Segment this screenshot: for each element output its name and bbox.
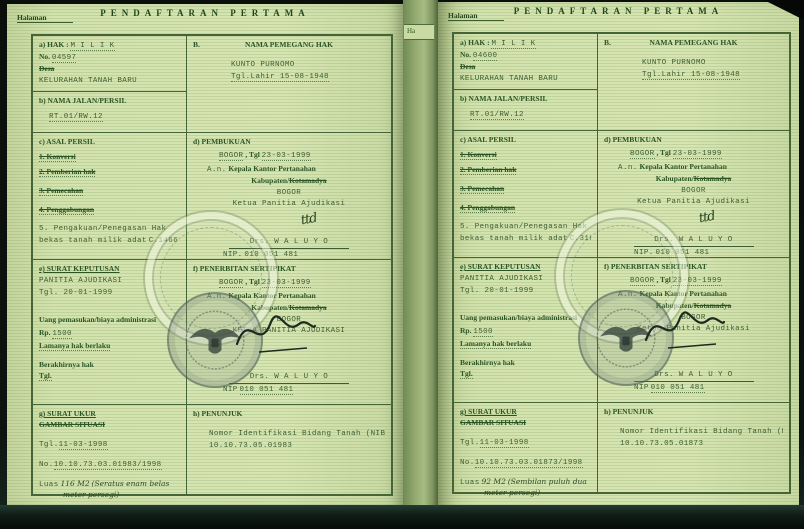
sk-tgl: Tgl. 20-01-1999 [460, 287, 534, 295]
photo-of-land-certificate-book: Ha Halaman PENDAFTARAN PERTAMA a) HAK : … [0, 0, 804, 529]
rp-label: Rp. [39, 328, 50, 337]
ketua-panitia: Ketua Panitia Ajudikasi [637, 198, 750, 206]
surat-keputusan-cell: e) SURAT KEPUTUSAN PANITIA AJUDIKASI Tgl… [454, 258, 597, 403]
penerbitan-nip: 010 051 481 [651, 384, 705, 393]
sk-panitia: PANITIA AJUDIKASI [39, 277, 122, 285]
penunjuk-label: h) PENUNJUK [604, 407, 653, 416]
gambar-situasi-struck: GAMBAR SITUASI [39, 420, 105, 429]
penerbitan-cell: f) PENERBITAN SERTIPIKAT BOGOR , Tgl 23-… [598, 258, 789, 403]
luas-label: Luas [460, 479, 480, 487]
luas-note-line1: (Seratus enam belas [92, 479, 170, 488]
penerbitan-nama: Drs. W A L U Y O [634, 370, 754, 382]
penerbitan-kodya-struck: Kotamadya [289, 303, 327, 312]
registration-form-table: a) HAK : M I L I K No. 04597 Desa KELURA… [31, 34, 393, 496]
su-no: 10.10.73.03.01873/1998 [475, 459, 583, 468]
sk-panitia: PANITIA AJUDIKASI [460, 275, 543, 283]
pembukuan-label: d) PEMBUKUAN [193, 137, 251, 146]
form-right-column: B. NAMA PEMEGANG HAK KUNTO PURNOMO Tgl.L… [187, 36, 391, 494]
penerbitan-an: A.n. [207, 293, 227, 301]
luas-note-line1: (Sembilan puluh dua [508, 477, 587, 486]
hak-no-label: No. [39, 52, 50, 61]
asal-item-2: 2. Pemberian hak [460, 165, 516, 175]
nib-value: 10.10.73.05.01983 [209, 442, 292, 450]
jalan-value: RT.01/RW.12 [49, 113, 103, 122]
partial-halaman-label: Ha [407, 27, 415, 35]
kepala-kantor-line: Kepala Kantor Pertanahan [228, 164, 315, 173]
asal-persil-cell: c) ASAL PERSIL 1. Konversi 2. Pemberian … [33, 133, 186, 260]
asal-item-5-line1: 5. Pengakuan/Penegasan Hak [39, 225, 166, 233]
form-right-column: B. NAMA PEMEGANG HAK KUNTO PURNOMO Tgl.L… [598, 34, 789, 492]
penerbitan-nip: 010 051 481 [240, 386, 294, 395]
nama-jalan-cell: b) NAMA JALAN/PERSIL RT.01/RW.12 [33, 92, 186, 133]
pemegang-header: NAMA PEMEGANG HAK [245, 40, 333, 49]
pembukuan-label: d) PEMBUKUAN [604, 135, 662, 144]
sk-tgl: Tgl. 20-01-1999 [39, 289, 113, 297]
nip-label: NIP. [634, 249, 654, 257]
berakhir-tgl-label: Tgl. [39, 371, 52, 381]
pemegang-birth: Tgl.Lahir 15-08-1948 [642, 71, 740, 80]
page-header: Halaman PENDAFTARAN PERTAMA [7, 4, 403, 32]
rp-value: 1500 [473, 328, 493, 337]
penunjuk-cell: h) PENUNJUK Nomor Identifikasi Bidang Ta… [598, 403, 789, 492]
section-b-label: B. [604, 38, 611, 49]
ttd-handwriting: ttd [698, 208, 717, 229]
su-no: 10.10.73.03.01983/1998 [54, 461, 162, 470]
penerbitan-tgl: 23-03-1999 [262, 279, 311, 288]
nib-caption: Nomor Identifikasi Bidang Tanah (NIB) : [209, 430, 385, 438]
registration-form-table: a) HAK : M I L I K No. 04600 Desa KELURA… [452, 32, 791, 494]
penerbitan-kab: Kabupaten/ [656, 301, 694, 310]
jalan-value: RT.01/RW.12 [470, 111, 524, 120]
penunjuk-cell: h) PENUNJUK Nomor Identifikasi Bidang Ta… [187, 405, 391, 494]
surat-ukur-cell: g) SURAT UKUR GAMBAR SITUASI Tgl.11-03-1… [454, 403, 597, 492]
uang-label: Uang pemasukan/biaya administrasi [460, 313, 577, 322]
rp-label: Rp. [460, 326, 471, 335]
pemegang-hak-cell: B. NAMA PEMEGANG HAK KUNTO PURNOMO Tgl.L… [187, 36, 391, 133]
su-tgl: 11-03-1998 [480, 439, 529, 448]
pembukuan-city: BOGOR [630, 150, 655, 159]
penerbitan-kepala: Kepala Kantor Pertanahan [228, 291, 315, 300]
asal-item-4: 4. Penggabungan [39, 205, 94, 215]
su-no-label: No. [460, 459, 475, 467]
pembukuan-tgl: 23-03-1999 [262, 152, 311, 161]
su-no-label: No. [39, 461, 54, 469]
penerbitan-label: f) PENERBITAN SERTIPIKAT [193, 264, 296, 273]
luas-value-handwritten: 92 M2 [481, 477, 505, 486]
su-label: g) SURAT UKUR [460, 407, 517, 416]
luas-label: Luas [39, 481, 59, 489]
desa-label-struck: Desa [39, 64, 54, 73]
photo-backdrop-bottom [0, 505, 804, 529]
desa-label-struck: Desa [460, 62, 475, 71]
kabupaten-label: Kabupaten/ [656, 174, 694, 183]
penerbitan-nip-label: NIP [634, 384, 649, 392]
penerbitan-city: BOGOR [630, 277, 655, 286]
an-label: A.n. [618, 164, 638, 172]
penerbitan-kepala: Kepala Kantor Pertanahan [640, 289, 727, 298]
rp-value: 1500 [52, 330, 72, 339]
pembukuan-city: BOGOR [219, 152, 244, 161]
pembukuan-tgl: 23-03-1999 [673, 150, 722, 159]
berakhir-label: Berakhirnya hak [39, 360, 94, 369]
jalan-label: b) NAMA JALAN/PERSIL [460, 94, 548, 103]
penerbitan-label: f) PENERBITAN SERTIPIKAT [604, 262, 707, 271]
penerbitan-tgl: 23-03-1999 [673, 277, 722, 286]
hak-no-label: No. [460, 50, 471, 59]
sk-label: e) SURAT KEPUTUSAN [39, 264, 120, 273]
asal-item-5-line2: bekas tanah milik adat [39, 237, 147, 245]
asal-label: c) ASAL PERSIL [39, 137, 95, 146]
penerbitan-ketua: Ketua Panitia Ajudikasi [637, 325, 750, 333]
sk-label: e) SURAT KEPUTUSAN [460, 262, 541, 271]
asal-item-3: 3. Pemecahan [460, 184, 504, 194]
nib-value: 10.10.73.05.01873 [620, 440, 703, 448]
penerbitan-cell: f) PENERBITAN SERTIPIKAT BOGOR , Tgl 23-… [187, 260, 391, 405]
penunjuk-label: h) PENUNJUK [193, 409, 242, 418]
nip-label: NIP. [223, 251, 243, 259]
asal-persil-cell: c) ASAL PERSIL 1. Konversi 2. Pemberian … [454, 131, 597, 258]
certificate-page-left: Halaman PENDAFTARAN PERTAMA a) HAK : M I… [7, 4, 403, 505]
asal-item-3: 3. Pemecahan [39, 186, 83, 196]
asal-item-1: 1. Konversi [39, 152, 76, 162]
penerbitan-kodya-struck: Kotamadya [694, 301, 732, 310]
ttd-handwriting: ttd [300, 210, 319, 231]
kepala-kantor-line: Kepala Kantor Pertanahan [640, 162, 727, 171]
su-tgl: 11-03-1998 [59, 441, 108, 450]
hak-value: M I L I K [491, 40, 535, 49]
pembukuan-city2: BOGOR [681, 187, 706, 195]
su-tgl-label: Tgl. [39, 441, 59, 449]
asal-item-5-line3: C.3168 P.25 D.II [570, 235, 591, 243]
asal-label: c) ASAL PERSIL [460, 135, 516, 144]
asal-item-5-line1: 5. Pengakuan/Penegasan Hak [460, 223, 587, 231]
asal-item-1: 1. Konversi [460, 150, 497, 160]
kabupaten-label: Kabupaten/ [251, 176, 289, 185]
underlying-page-sliver: Ha [404, 24, 434, 40]
luas-value-handwritten: 116 M2 [60, 479, 89, 488]
lama-label: Lamanya hak berlaku [460, 339, 531, 349]
lama-label: Lamanya hak berlaku [39, 341, 110, 351]
pejabat-nama: Drs. W A L U Y O [634, 235, 754, 247]
penerbitan-city2: BOGOR [681, 314, 706, 322]
penerbitan-an: A.n. [618, 291, 638, 299]
luas-note-line2: meter persegi) [63, 490, 119, 499]
kotamadya-struck: Kotamadya [694, 174, 732, 183]
form-left-column: a) HAK : M I L I K No. 04600 Desa KELURA… [454, 34, 598, 492]
book-spine-fold [403, 0, 438, 510]
pembukuan-tgl-label: , Tgl [656, 148, 670, 157]
hak-cell: a) HAK : M I L I K No. 04600 Desa KELURA… [454, 34, 597, 90]
su-label: g) SURAT UKUR [39, 409, 96, 418]
pembukuan-cell: d) PEMBUKUAN BOGOR , Tgl 23-03-1999 A.n.… [187, 133, 391, 260]
pemegang-hak-cell: B. NAMA PEMEGANG HAK KUNTO PURNOMO Tgl.L… [598, 34, 789, 131]
certificate-page-right: Halaman PENDAFTARAN PERTAMA a) HAK : M I… [438, 2, 799, 511]
form-left-column: a) HAK : M I L I K No. 04597 Desa KELURA… [33, 36, 187, 494]
pembukuan-cell: d) PEMBUKUAN BOGOR , Tgl 23-03-1999 A.n.… [598, 131, 789, 258]
page-title: PENDAFTARAN PERTAMA [7, 8, 403, 18]
hak-no-value: 04600 [473, 52, 498, 61]
pemegang-name: KUNTO PURNOMO [231, 61, 295, 69]
kelurahan-value: KELURAHAN TANAH BARU [460, 75, 558, 83]
page-title: PENDAFTARAN PERTAMA [438, 6, 799, 16]
hak-label: a) HAK : [460, 38, 490, 47]
surat-ukur-cell: g) SURAT UKUR GAMBAR SITUASI Tgl.11-03-1… [33, 405, 186, 494]
nip-value: 010 051 481 [656, 249, 710, 258]
hak-no-value: 04597 [52, 54, 77, 63]
page-header: Halaman PENDAFTARAN PERTAMA [438, 2, 799, 30]
jalan-label: b) NAMA JALAN/PERSIL [39, 96, 127, 105]
penerbitan-ketua: KETUA PANITIA AJUDIKASI [233, 327, 346, 335]
asal-item-5-line2: bekas tanah milik adat [460, 235, 568, 243]
gambar-situasi-struck: GAMBAR SITUASI [460, 418, 526, 427]
kotamadya-struck: Kotamadya [289, 176, 327, 185]
pemegang-name: KUNTO PURNOMO [642, 59, 706, 67]
pejabat-nama: Drs. W A L U Y O [229, 237, 349, 249]
penerbitan-city2: BOGOR [277, 316, 302, 324]
pemegang-birth: Tgl.Lahir 15-08-1948 [231, 73, 329, 82]
asal-item-2: 2. Pemberian hak [39, 167, 95, 177]
asal-item-5-line3: C.1466 P.25 D.II [149, 237, 180, 245]
nib-caption: Nomor Identifikasi Bidang Tanah (NIB) : [620, 428, 783, 436]
hak-cell: a) HAK : M I L I K No. 04597 Desa KELURA… [33, 36, 186, 92]
penerbitan-tgl-label: , Tgl [656, 275, 670, 284]
nama-jalan-cell: b) NAMA JALAN/PERSIL RT.01/RW.12 [454, 90, 597, 131]
nip-value: 010 051 481 [244, 251, 298, 260]
hak-value: M I L I K [70, 42, 114, 51]
pembukuan-city2: BOGOR [277, 189, 302, 197]
su-tgl-label: Tgl. [460, 439, 480, 447]
uang-label: Uang pemasukan/biaya administrasi [39, 315, 156, 324]
ketua-panitia: Ketua Panitia Ajudikasi [233, 200, 346, 208]
penerbitan-nip-label: NIP [223, 386, 238, 394]
penerbitan-city: BOGOR [219, 279, 244, 288]
pemegang-header: NAMA PEMEGANG HAK [650, 38, 738, 47]
an-label: A.n. [207, 166, 227, 174]
berakhir-label: Berakhirnya hak [460, 358, 515, 367]
hak-label: a) HAK : [39, 40, 69, 49]
penerbitan-tgl-label: , Tgl [245, 277, 259, 286]
pembukuan-tgl-label: , Tgl [245, 150, 259, 159]
section-b-label: B. [193, 40, 200, 51]
asal-item-4: 4. Penggabungan [460, 203, 515, 213]
penerbitan-nama: Drs. W A L U Y O [229, 372, 349, 384]
penerbitan-kab: Kabupaten/ [251, 303, 289, 312]
berakhir-tgl-label: Tgl. [460, 369, 473, 379]
kelurahan-value: KELURAHAN TANAH BARU [39, 77, 137, 85]
surat-keputusan-cell: e) SURAT KEPUTUSAN PANITIA AJUDIKASI Tgl… [33, 260, 186, 405]
luas-note-line2: meter persegi) [484, 488, 540, 497]
